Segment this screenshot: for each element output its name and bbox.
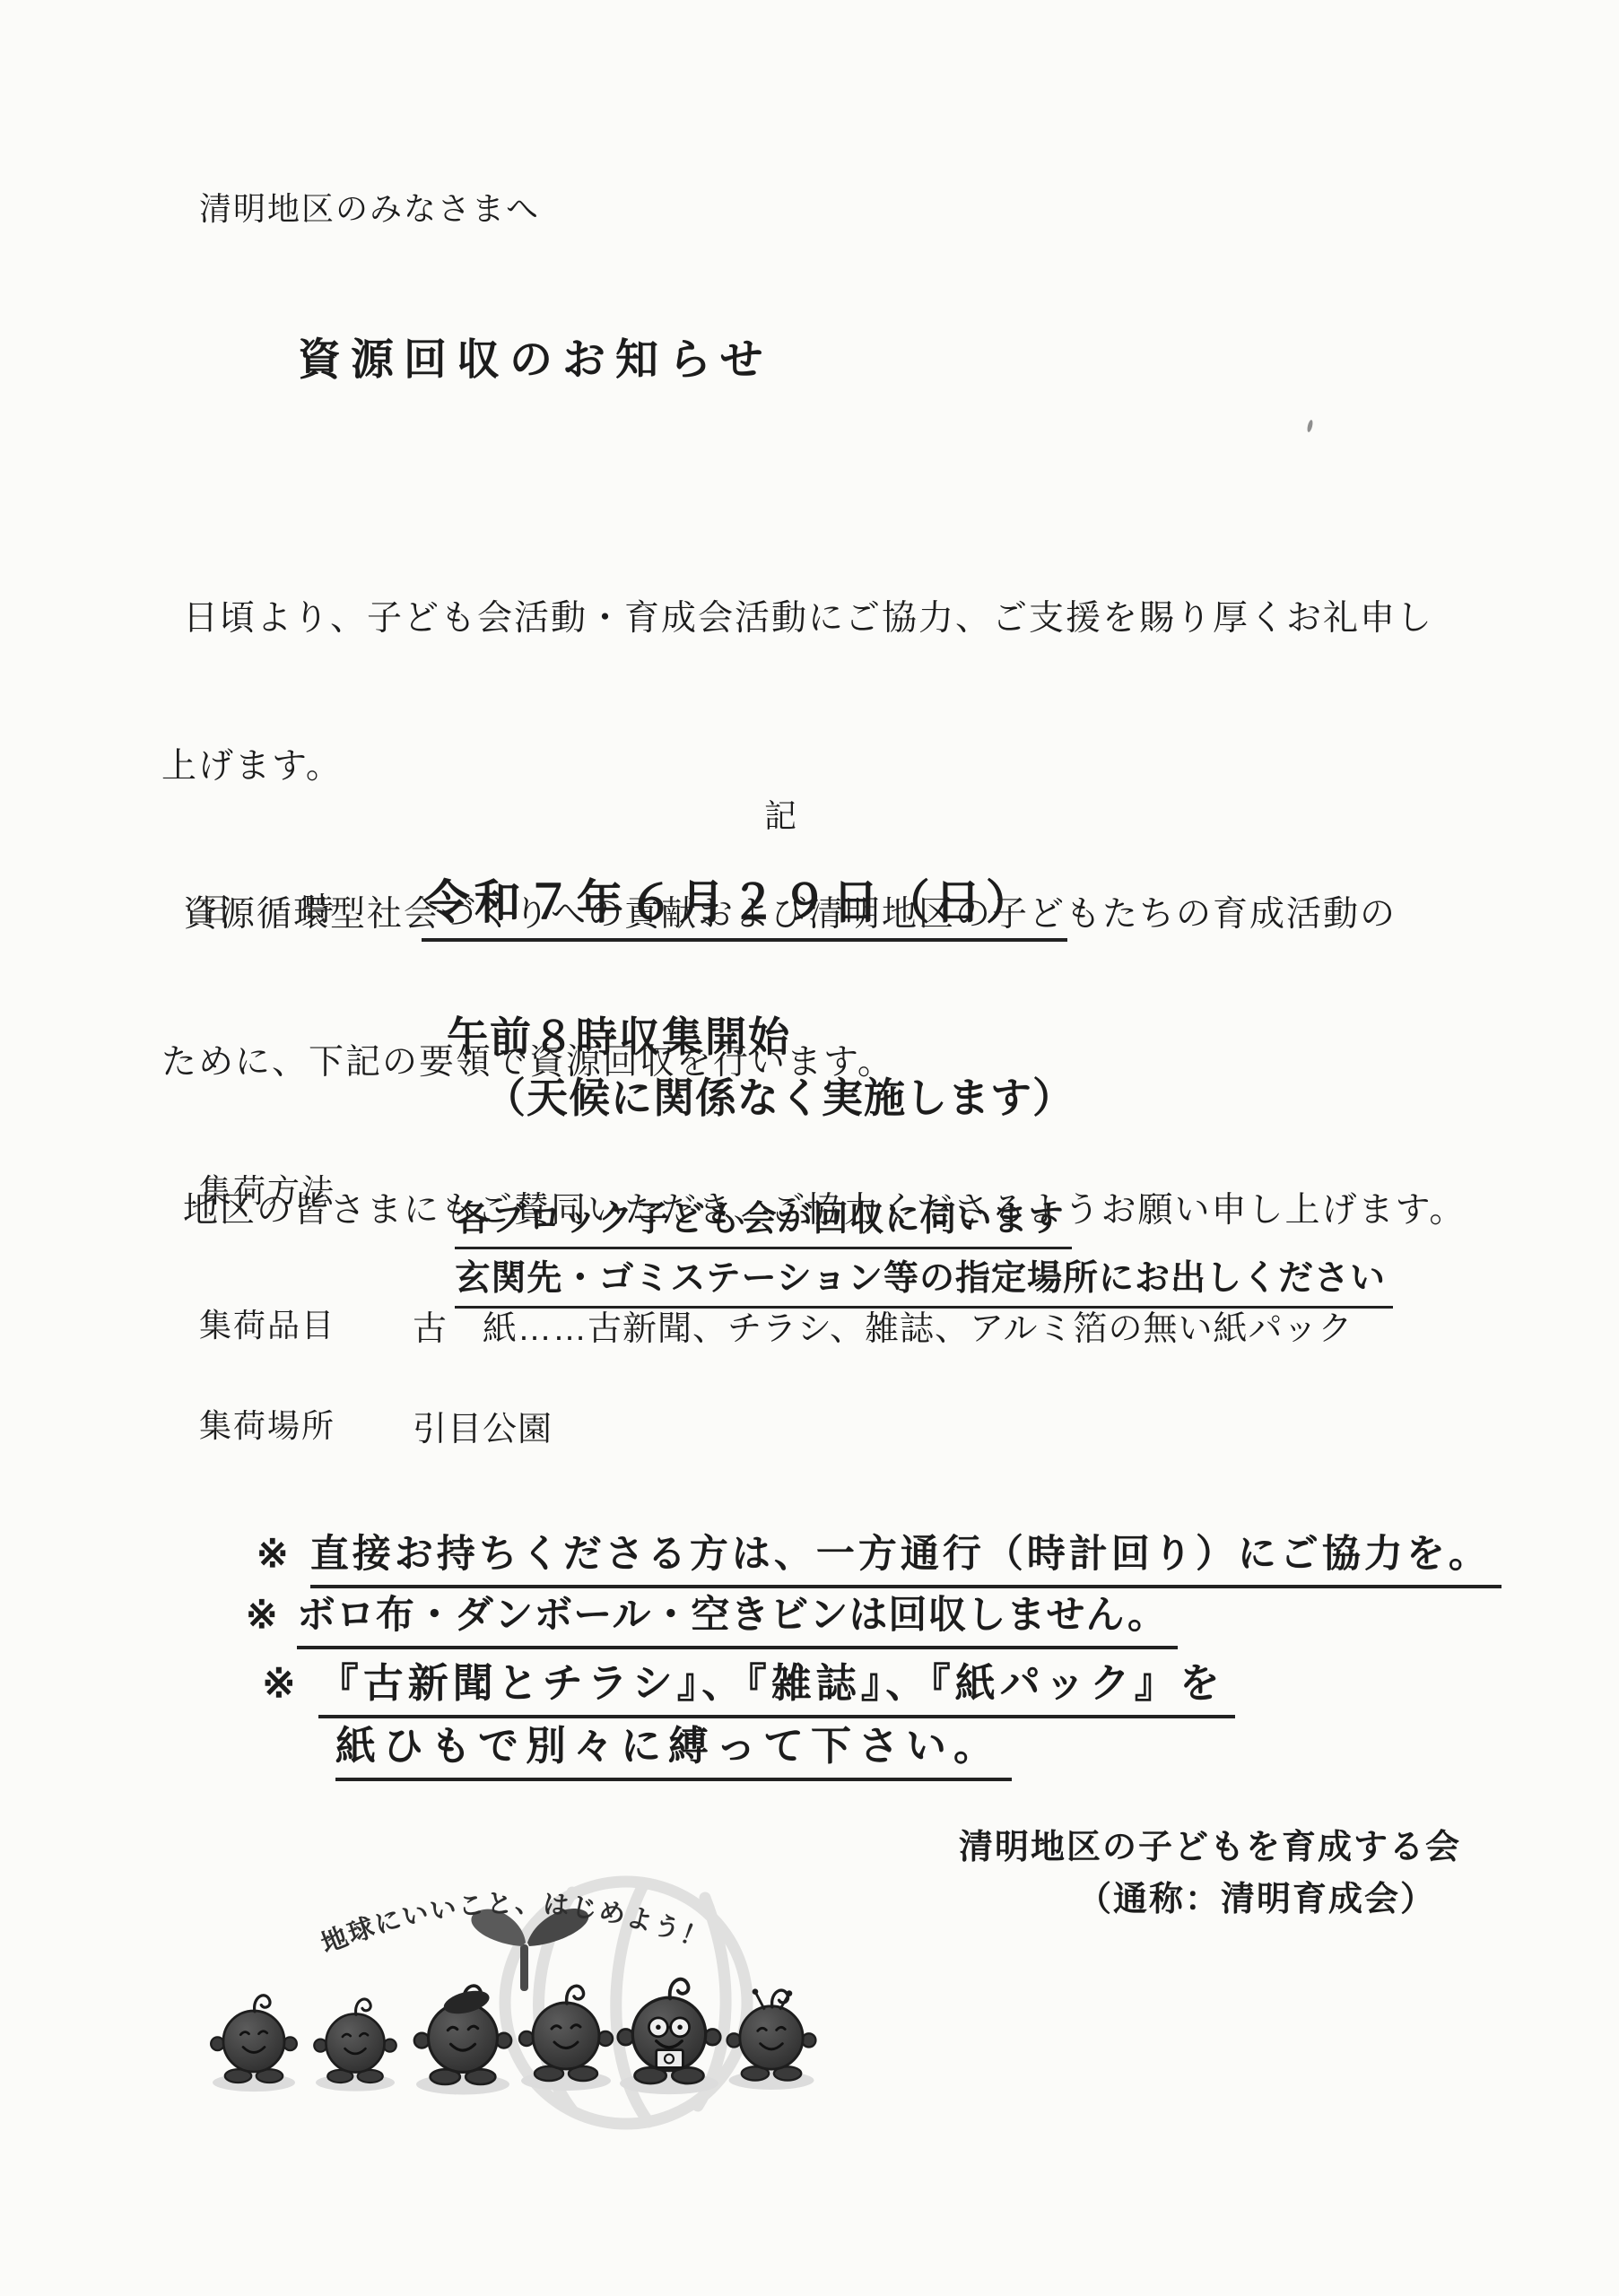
record-marker: 記: [764, 791, 796, 837]
place-label: 集荷場所: [199, 1401, 335, 1447]
note-4-text: 紙ひもで別々に縛って下さい。: [335, 1713, 1012, 1781]
page-title: 資源回収のお知らせ: [298, 325, 773, 387]
mascot-2: [314, 1999, 396, 2092]
datetime-label: 日 時: [199, 884, 335, 930]
mascot-illustration: 地球にいいこと、はじめよう！: [106, 1837, 931, 2231]
mascot-1: [211, 1996, 297, 2092]
scan-artifact: [1306, 420, 1313, 433]
collection-start-time: 午前８時収集開始: [447, 1004, 791, 1064]
camera-icon: [657, 2050, 683, 2068]
place-value: 引目公園: [413, 1401, 553, 1450]
note-4: 紙ひもで別々に縛って下さい。: [262, 1666, 1012, 1828]
intro-line: 日頃より、子ども会活動・育成会活動にご協力、ご支援を賜り厚くお礼申し: [161, 594, 1466, 643]
collection-date: 令和７年６月２９日（日）: [422, 877, 1067, 942]
greeting-line: 清明地区のみなさまへ: [199, 184, 540, 230]
organization-alias: （通称：清明育成会）: [1077, 1871, 1436, 1920]
mascot-5: [618, 1979, 720, 2094]
intro-line: 上げます。: [161, 742, 1466, 791]
scanned-notice-page: 清明地区のみなさまへ 資源回収のお知らせ 日頃より、子ども会活動・育成会活動にご…: [0, 0, 1619, 2296]
mascot-6: [727, 1988, 816, 2090]
method-label: 集荷方法: [199, 1166, 335, 1212]
mascot-3: [414, 1986, 511, 2094]
organization-name: 清明地区の子どもを育成する会: [959, 1819, 1461, 1868]
weather-note: （天候に関係なく実施します）: [484, 1065, 1075, 1125]
items-label: 集荷品目: [199, 1300, 335, 1346]
items-value: 古 紙……古新聞、チラシ、雑誌、アルミ箔の無い紙パック: [413, 1300, 1353, 1350]
